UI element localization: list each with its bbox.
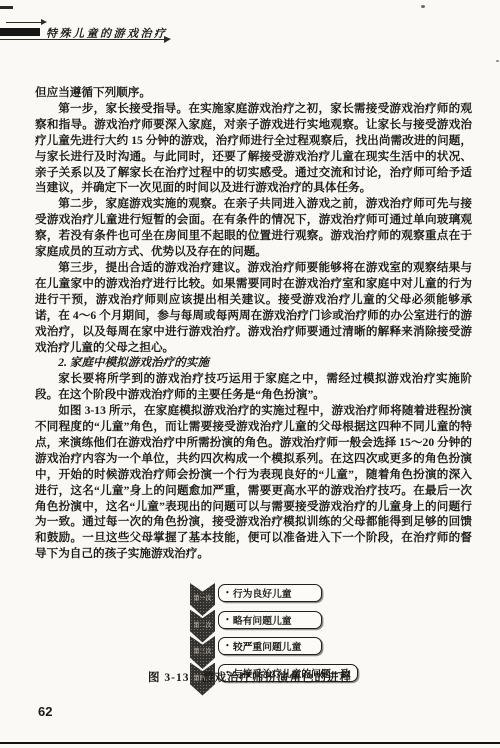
header-rule-top xyxy=(6,22,41,23)
body-paragraph: 第二步，家庭游戏实施的观察。在亲子共同进入游戏之前，游戏治疗师可先与接受游戏治疗… xyxy=(35,196,472,260)
body-paragraph: 家长要将所学到的游戏治疗技巧运用于家庭之中，需经过模拟游戏治疗实施阶段。在这个阶… xyxy=(35,371,472,403)
bullet-icon: • xyxy=(226,642,229,650)
arrow-right-icon xyxy=(164,36,171,43)
book-page: 特殊儿童的游戏治疗 但应当遵循下列顺序。 第一步，家长接受指导。在实施家庭游戏治… xyxy=(0,0,500,748)
figure-caption: 图 3-13 游戏治疗师扮演角色的进程 xyxy=(0,669,500,685)
step-label: 较严重问题儿童 xyxy=(233,639,302,653)
page-number: 62 xyxy=(38,704,52,719)
page-bottom-rule xyxy=(0,742,500,744)
body-paragraph: 第三步，提出合适的游戏治疗建议。游戏治疗师要能够将在游戏室的观察结果与在儿童家中… xyxy=(35,260,472,355)
body-text-block: 但应当遵循下列顺序。 第一步，家长接受指导。在实施家庭游戏治疗之初，家长需接受游… xyxy=(35,85,472,562)
step-number-label: 第三次 xyxy=(191,648,214,655)
body-paragraph: 如图 3-13 所示，在家庭模拟游戏治疗的实施过程中，游戏治疗师将随着进程扮演不… xyxy=(35,403,472,562)
section-heading: 2. 家庭中模拟游戏治疗的实施 xyxy=(35,355,472,371)
scan-artifact xyxy=(421,5,425,8)
step-label-box: • 较严重问题儿童 xyxy=(218,637,322,655)
header-rule-bottom xyxy=(0,39,165,40)
step-label: 略有问题儿童 xyxy=(233,613,292,627)
body-paragraph: 但应当遵循下列顺序。 xyxy=(35,85,472,101)
bullet-icon: • xyxy=(226,589,229,597)
step-arrow-icon: 第一次 xyxy=(190,583,215,616)
step-number-label: 第二次 xyxy=(191,622,214,629)
step-label: 行为良好儿童 xyxy=(233,586,292,600)
step-number-label: 第一次 xyxy=(191,595,214,602)
step-label-box: • 略有问题儿童 xyxy=(218,611,322,629)
scan-artifact xyxy=(0,6,13,9)
header-black-bar xyxy=(0,28,40,36)
scan-artifact xyxy=(496,60,499,62)
bullet-icon: • xyxy=(226,616,229,624)
body-paragraph: 第一步，家长接受指导。在实施家庭游戏治疗之初，家长需接受游戏治疗师的观察和指导。… xyxy=(35,101,472,196)
step-label-box: • 行为良好儿童 xyxy=(218,584,322,602)
